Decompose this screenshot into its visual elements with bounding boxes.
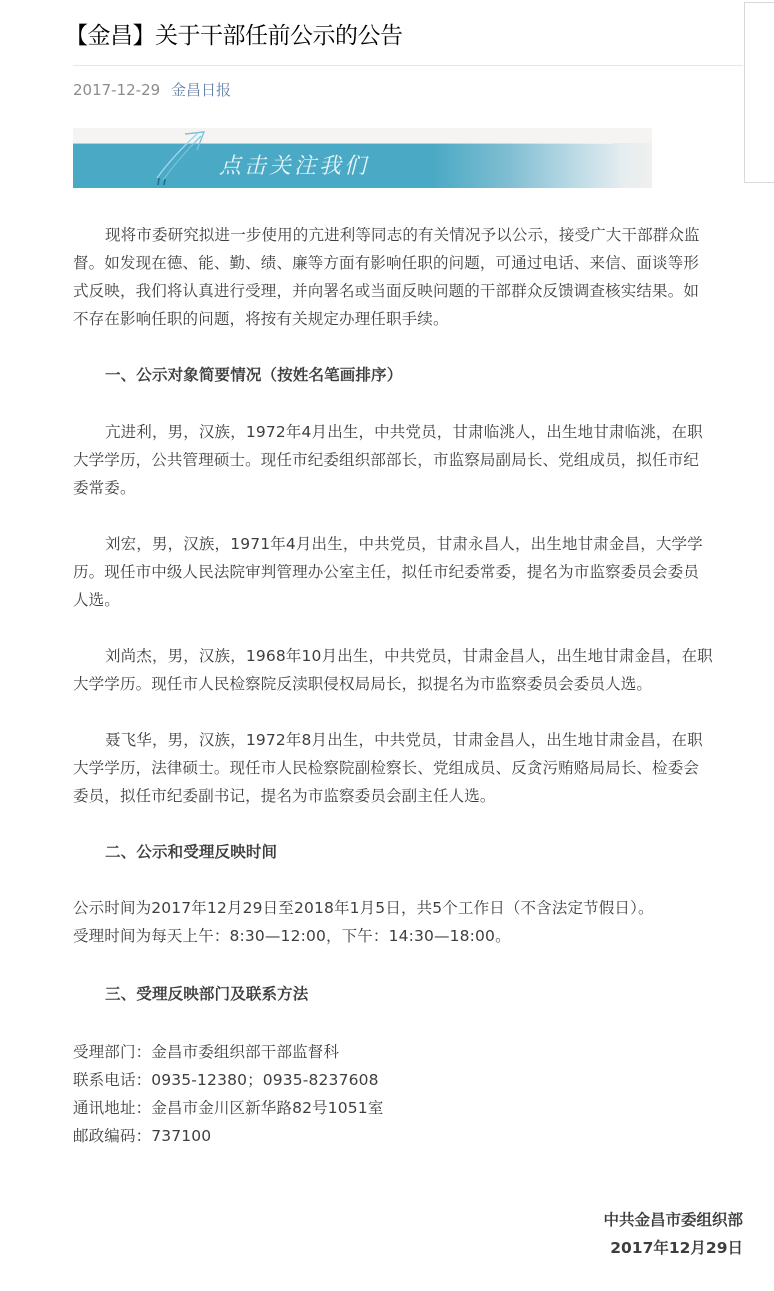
follow-us-banner[interactable]: 点击关注我们 [73, 128, 652, 188]
intro-line: 现将市委研究拟进一步使用的亢进利等同志的有关情况予以公示，接受广大干部群众监 [73, 221, 743, 249]
candidate-line: 刘尚杰，男，汉族，1968年10月出生，中共党员，甘肃金昌人，出生地甘肃金昌，在… [73, 642, 743, 670]
source-link[interactable]: 金昌日报 [171, 81, 231, 99]
contact-postcode: 邮政编码：737100 [73, 1122, 743, 1150]
candidate-line: 聂飞华，男，汉族，1972年8月出生，中共党员，甘肃金昌人，出生地甘肃金昌，在职 [73, 726, 743, 754]
intro-line: 式反映，我们将认真进行受理，并向署名或当面反映问题的干部群众反馈调查核实结果。如 [73, 277, 743, 305]
signature-block: 中共金昌市委组织部 2017年12月29日 [343, 1206, 743, 1262]
candidate-paragraph: 聂飞华，男，汉族，1972年8月出生，中共党员，甘肃金昌人，出生地甘肃金昌，在职… [73, 726, 743, 810]
candidate-line: 委常委。 [73, 474, 743, 502]
article-meta: 2017-12-29 金昌日报 [73, 79, 231, 101]
intro-paragraph: 现将市委研究拟进一步使用的亢进利等同志的有关情况予以公示，接受广大干部群众监 督… [73, 221, 743, 333]
time-line: 受理时间为每天上午：8:30—12:00，下午：14:30—18:00。 [73, 922, 743, 950]
side-panel [744, 2, 774, 183]
contact-department: 受理部门：金昌市委组织部干部监督科 [73, 1038, 743, 1066]
time-line: 公示时间为2017年12月29日至2018年1月5日，共5个工作日（不含法定节假… [73, 894, 743, 922]
section-heading-3: 三、受理反映部门及联系方法 [73, 980, 743, 1008]
candidate-paragraph: 刘宏，男，汉族，1971年4月出生，中共党员，甘肃永昌人，出生地甘肃金昌，大学学… [73, 530, 743, 614]
candidate-line: 大学学历，法律硕士。现任市人民检察院副检察长、党组成员、反贪污贿赂局局长、检委会 [73, 754, 743, 782]
candidate-line: 人选。 [73, 586, 743, 614]
candidate-line: 大学学历，公共管理硕士。现任市纪委组织部部长，市监察局副局长、党组成员，拟任市纪 [73, 446, 743, 474]
intro-line: 督。如发现在德、能、勤、绩、廉等方面有影响任职的问题，可通过电话、来信、面谈等形 [73, 249, 743, 277]
time-paragraph: 公示时间为2017年12月29日至2018年1月5日，共5个工作日（不含法定节假… [73, 894, 743, 950]
signature-organization: 中共金昌市委组织部 [343, 1206, 743, 1234]
section-heading-1: 一、公示对象简要情况（按姓名笔画排序） [73, 361, 743, 389]
publish-date: 2017-12-29 [73, 81, 160, 99]
candidate-paragraph: 亢进利，男，汉族，1972年4月出生，中共党员，甘肃临洮人，出生地甘肃临洮，在职… [73, 418, 743, 502]
candidate-paragraph: 刘尚杰，男，汉族，1968年10月出生，中共党员，甘肃金昌人，出生地甘肃金昌，在… [73, 642, 743, 698]
candidate-line: 大学学历。现任市人民检察院反渎职侵权局局长，拟提名为市监察委员会委员人选。 [73, 670, 743, 698]
section-heading-2: 二、公示和受理反映时间 [73, 838, 743, 866]
contact-address: 通讯地址：金昌市金川区新华路82号1051室 [73, 1094, 743, 1122]
intro-line: 不存在影响任职的问题，将按有关规定办理任职手续。 [73, 305, 743, 333]
contact-phone: 联系电话：0935-12380；0935-8237608 [73, 1066, 743, 1094]
candidate-line: 历。现任市中级人民法院审判管理办公室主任，拟任市纪委常委，提名为市监察委员会委员 [73, 558, 743, 586]
title-divider [73, 65, 743, 66]
article-title: 【金昌】关于干部任前公示的公告 [65, 20, 403, 52]
signature-date: 2017年12月29日 [343, 1234, 743, 1262]
contact-paragraph: 受理部门：金昌市委组织部干部监督科 联系电话：0935-12380；0935-8… [73, 1038, 743, 1150]
candidate-line: 亢进利，男，汉族，1972年4月出生，中共党员，甘肃临洮人，出生地甘肃临洮，在职 [73, 418, 743, 446]
candidate-line: 委员，拟任市纪委副书记，提名为市监察委员会副主任人选。 [73, 782, 743, 810]
banner-text: 点击关注我们 [219, 150, 369, 184]
candidate-line: 刘宏，男，汉族，1971年4月出生，中共党员，甘肃永昌人，出生地甘肃金昌，大学学 [73, 530, 743, 558]
